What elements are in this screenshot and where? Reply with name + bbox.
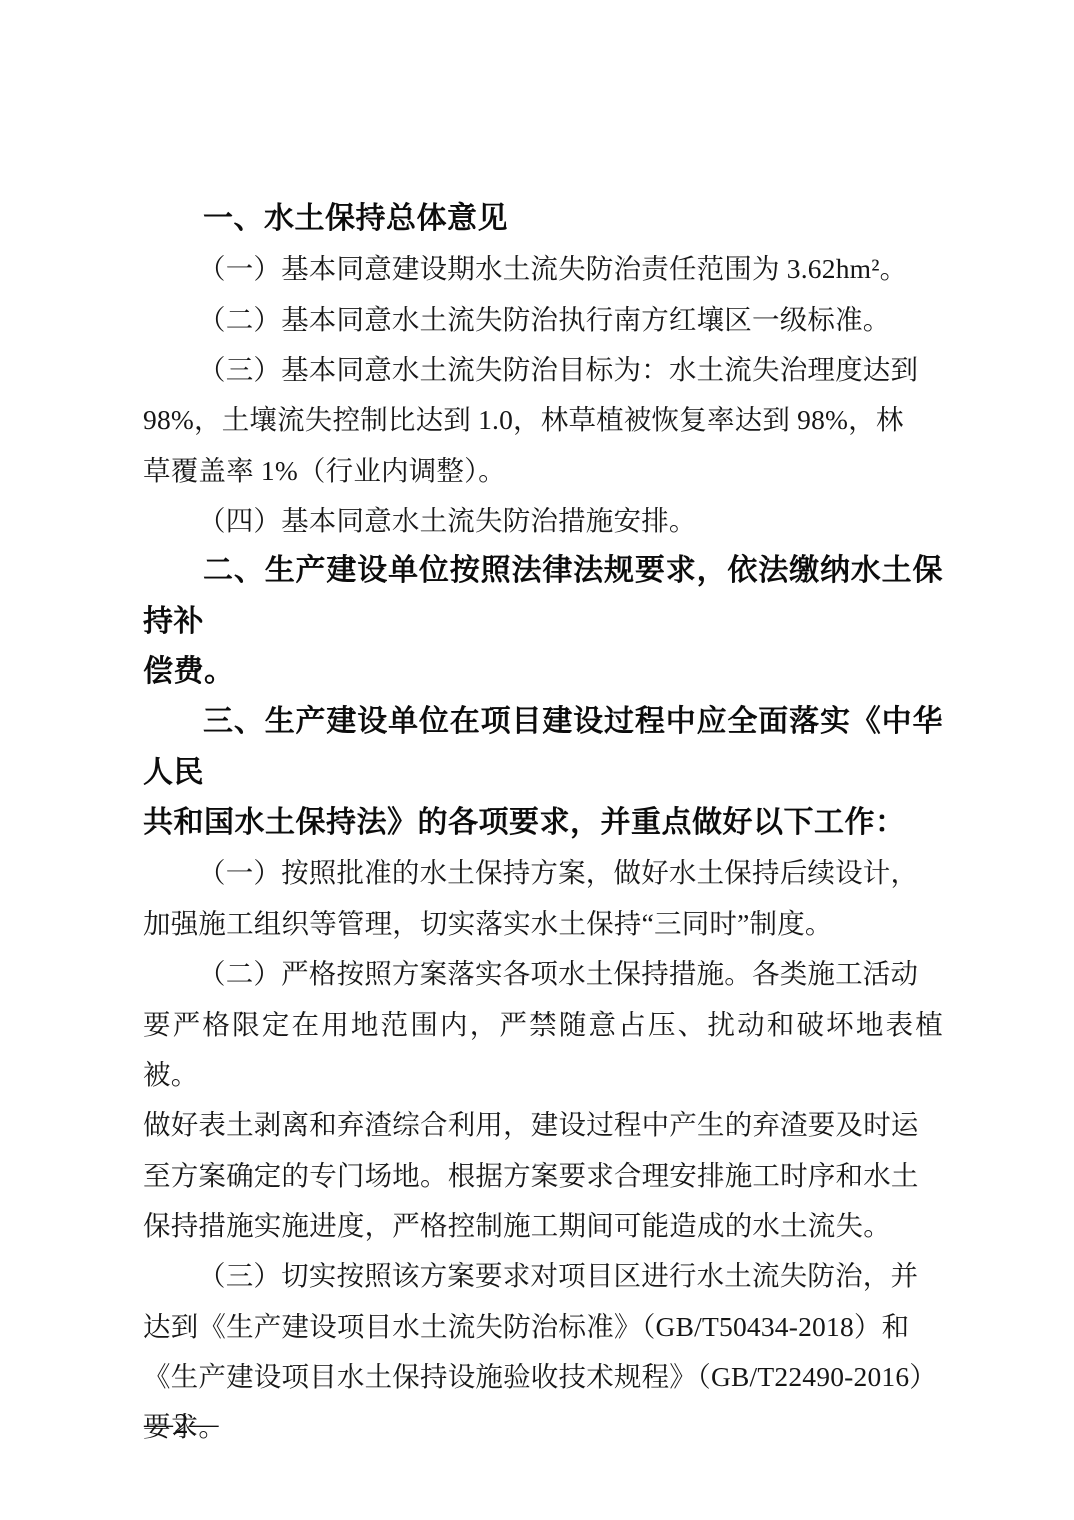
document-body: 一、水土保持总体意见 （一）基本同意建设期水土流失防治责任范围为 3.62hm²… (143, 194, 943, 1453)
section-3-heading: 三、生产建设单位在项目建设过程中应全面落实《中华人民 共和国水土保持法》的各项要… (143, 697, 943, 848)
section-1-item-2: （二）基本同意水土流失防治执行南方红壤区一级标准。 (143, 295, 943, 345)
section-3-item-2: （二）严格按照方案落实各项水土保持措施。各类施工活动 要严格限定在用地范围内，严… (143, 949, 943, 1251)
section-1-item-3: （三）基本同意水土流失防治目标为：水土流失治理度达到 98%，土壤流失控制比达到… (143, 345, 943, 496)
section-1-item-1: （一）基本同意建设期水土流失防治责任范围为 3.62hm²。 (143, 244, 943, 294)
section-1-heading: 一、水土保持总体意见 (143, 194, 943, 244)
section-2-heading: 二、生产建设单位按照法律法规要求，依法缴纳水土保持补 偿费。 (143, 546, 943, 697)
section-3-item-1: （一）按照批准的水土保持方案，做好水土保持后续设计， 加强施工组织等管理，切实落… (143, 848, 943, 949)
section-1-item-4: （四）基本同意水土流失防治措施安排。 (143, 496, 943, 546)
page-number: —2— (144, 1406, 220, 1442)
document-page: 一、水土保持总体意见 （一）基本同意建设期水土流失防治责任范围为 3.62hm²… (0, 0, 1074, 1520)
section-3-item-3: （三）切实按照该方案要求对项目区进行水土流失防治，并 达到《生产建设项目水土流失… (143, 1251, 943, 1452)
